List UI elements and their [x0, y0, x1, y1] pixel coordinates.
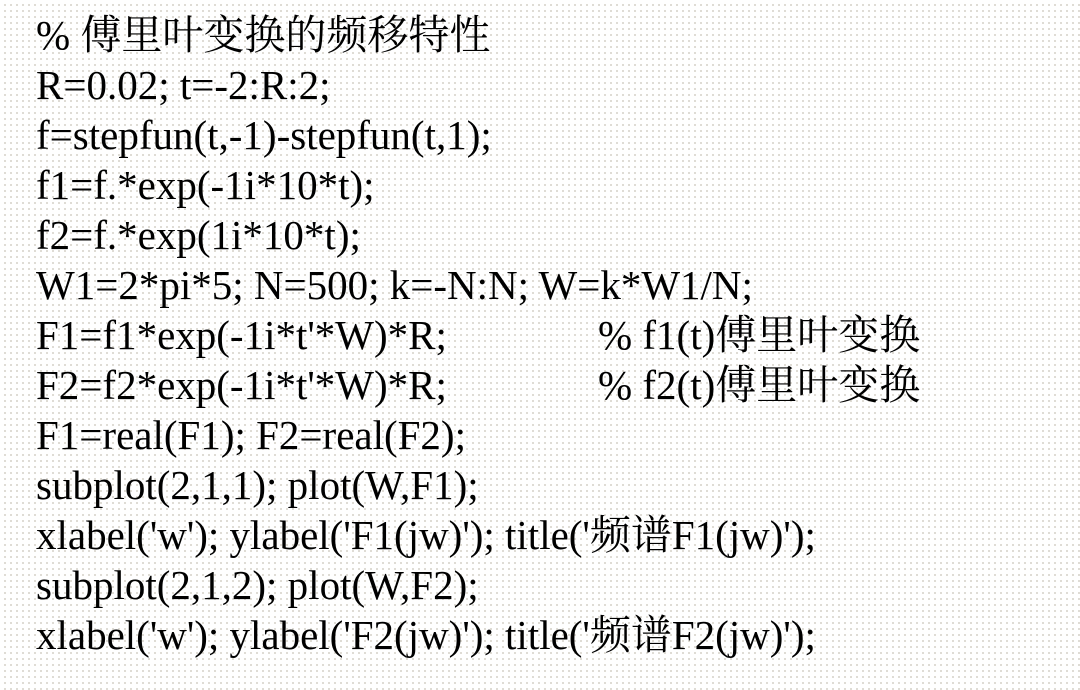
code-line: xlabel('w'); ylabel('F2(jw)'); title('频谱…: [36, 610, 1080, 660]
code-comment: % f1(t)傅里叶变换: [598, 310, 920, 360]
code-line: f1=f.*exp(-1i*10*t);: [36, 160, 1080, 210]
code-text: subplot(2,1,1); plot(W,F1);: [36, 462, 479, 508]
code-text: xlabel('w'); ylabel('F1(jw)'); title('频谱…: [36, 512, 816, 558]
code-line: subplot(2,1,1); plot(W,F1);: [36, 460, 1080, 510]
code-text: f1=f.*exp(-1i*10*t);: [36, 162, 375, 208]
code-line: % 傅里叶变换的频移特性: [36, 10, 1080, 60]
code-line: F1=f1*exp(-1i*t'*W)*R;% f1(t)傅里叶变换: [36, 310, 1080, 360]
code-text: % 傅里叶变换的频移特性: [36, 12, 490, 58]
code-text: F1=real(F1); F2=real(F2);: [36, 412, 466, 458]
code-comment: % f2(t)傅里叶变换: [598, 360, 920, 410]
code-block: % 傅里叶变换的频移特性R=0.02; t=-2:R:2;f=stepfun(t…: [36, 10, 1080, 660]
code-line: R=0.02; t=-2:R:2;: [36, 60, 1080, 110]
slide: % 傅里叶变换的频移特性R=0.02; t=-2:R:2;f=stepfun(t…: [0, 0, 1080, 690]
code-line: f=stepfun(t,-1)-stepfun(t,1);: [36, 110, 1080, 160]
code-text: F2=f2*exp(-1i*t'*W)*R;: [36, 362, 447, 408]
code-line: W1=2*pi*5; N=500; k=-N:N; W=k*W1/N;: [36, 260, 1080, 310]
code-text: F1=f1*exp(-1i*t'*W)*R;: [36, 312, 447, 358]
code-line: f2=f.*exp(1i*10*t);: [36, 210, 1080, 260]
code-text: subplot(2,1,2); plot(W,F2);: [36, 562, 479, 608]
code-line: subplot(2,1,2); plot(W,F2);: [36, 560, 1080, 610]
code-line: xlabel('w'); ylabel('F1(jw)'); title('频谱…: [36, 510, 1080, 560]
code-line: F1=real(F1); F2=real(F2);: [36, 410, 1080, 460]
code-text: xlabel('w'); ylabel('F2(jw)'); title('频谱…: [36, 612, 816, 658]
code-text: R=0.02; t=-2:R:2;: [36, 62, 331, 108]
code-text: W1=2*pi*5; N=500; k=-N:N; W=k*W1/N;: [36, 262, 753, 308]
code-line: F2=f2*exp(-1i*t'*W)*R;% f2(t)傅里叶变换: [36, 360, 1080, 410]
code-text: f2=f.*exp(1i*10*t);: [36, 212, 361, 258]
code-text: f=stepfun(t,-1)-stepfun(t,1);: [36, 112, 492, 158]
